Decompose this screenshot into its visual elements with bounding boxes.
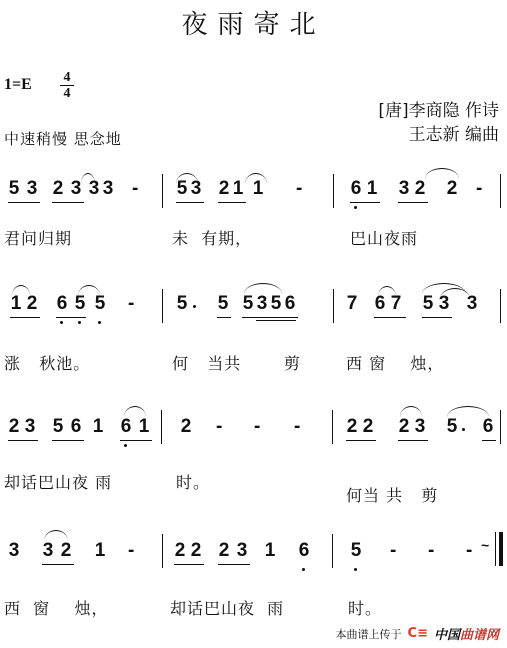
- note: 6: [350, 178, 362, 200]
- lyric: 何当 共 剪: [346, 483, 438, 506]
- note: 5: [176, 293, 188, 315]
- note: 2: [346, 416, 358, 438]
- underline: [482, 440, 496, 441]
- underline: [242, 317, 298, 318]
- note: 2: [8, 416, 20, 438]
- score-row-1: 5 3 2 3 3 3 - 5 3 2 1 1 - 6 1 3 2 2 - 君问…: [0, 168, 507, 228]
- note: 2: [446, 178, 458, 200]
- dash: -: [476, 178, 482, 200]
- score-row-4: 3 3 2 1 - 2 2 2 3 1 6 5 - - - ~ 西 窗 烛， 却…: [0, 530, 507, 590]
- underline: [350, 202, 380, 203]
- note: 6: [374, 293, 386, 315]
- key-signature: 1=E: [4, 76, 32, 94]
- lyric: 西 窗 烛，: [4, 596, 109, 619]
- note: 7: [390, 293, 402, 315]
- note: 6: [284, 293, 296, 315]
- lyric: 未 有期，: [172, 226, 252, 249]
- note: 2: [60, 540, 72, 562]
- dash: -: [466, 540, 472, 562]
- barline: [500, 289, 501, 323]
- dash: -: [296, 178, 302, 200]
- note: 3: [26, 178, 38, 200]
- lyric: 巴山夜雨: [350, 226, 418, 249]
- lyric: 时。: [176, 470, 210, 493]
- dash: -: [216, 416, 222, 438]
- dash: -: [390, 540, 396, 562]
- note: 2: [398, 416, 410, 438]
- underline: [218, 202, 246, 203]
- note: 3: [24, 416, 36, 438]
- note: 1: [264, 540, 276, 562]
- note: 2: [26, 293, 38, 315]
- underline: [374, 317, 406, 318]
- note: 3: [414, 416, 426, 438]
- note: 1: [252, 178, 264, 200]
- time-signature: 4 4: [60, 70, 74, 101]
- note: 5: [176, 178, 188, 200]
- underline: [218, 564, 250, 565]
- note: 2: [362, 416, 374, 438]
- barline: [332, 410, 333, 444]
- dash: -: [128, 540, 134, 562]
- note: 3: [70, 178, 82, 200]
- note: 6: [56, 293, 68, 315]
- underline: [42, 564, 74, 565]
- lyric: 时。: [348, 596, 382, 619]
- note: 6: [298, 540, 310, 562]
- underline: [176, 202, 204, 203]
- augmentation-dot: [193, 305, 196, 308]
- barline: [333, 174, 334, 208]
- final-barline-thin: [495, 532, 496, 566]
- note: 3: [398, 178, 410, 200]
- score-row-3: 2 3 5 6 1 6 1 2 - - - 2 2 2 3 5 6 却话巴山夜 …: [0, 406, 507, 466]
- note: 1: [94, 540, 106, 562]
- dash: -: [128, 293, 134, 315]
- dash: -: [428, 540, 434, 562]
- note: 3: [236, 540, 248, 562]
- lyric: 却话巴山夜 雨: [4, 470, 112, 493]
- barline: [162, 534, 163, 568]
- fermata-tail: ~: [481, 534, 489, 556]
- note: 1: [232, 178, 244, 200]
- note: 5: [350, 540, 362, 562]
- dash: -: [254, 416, 260, 438]
- barline: [500, 410, 501, 444]
- final-barline-thick: [499, 532, 503, 566]
- dash: -: [294, 416, 300, 438]
- lyric: 涨 秋池。: [4, 351, 90, 374]
- low-octave-dot: [354, 206, 357, 209]
- note: 3: [190, 178, 202, 200]
- note: 5: [242, 293, 254, 315]
- low-octave-dot: [124, 444, 127, 447]
- time-signature-bottom: 4: [64, 86, 71, 101]
- barline: [162, 174, 163, 208]
- underline: [256, 320, 296, 321]
- underline: [10, 317, 40, 318]
- note: 5: [74, 293, 86, 315]
- time-signature-top: 4: [60, 70, 74, 86]
- augmentation-dot: [462, 428, 465, 431]
- footer-watermark: 本曲谱上传于 C≡ 中国曲谱网: [336, 624, 499, 643]
- note: 2: [52, 178, 64, 200]
- low-octave-dot: [60, 321, 63, 324]
- low-octave-dot: [354, 568, 357, 571]
- note: 3: [438, 293, 450, 315]
- underline: [120, 440, 152, 441]
- underline: [52, 440, 84, 441]
- note: 3: [466, 293, 478, 315]
- score-row-2: 1 2 6 5 5 - 5 5 5 3 5 6 7 6 7 5 3 3 涨 秋池…: [0, 283, 507, 343]
- barline: [333, 289, 334, 323]
- barline: [332, 534, 333, 568]
- low-octave-dot: [302, 568, 305, 571]
- note: 6: [482, 416, 494, 438]
- note: 3: [256, 293, 268, 315]
- note: 2: [180, 416, 192, 438]
- note: 1: [10, 293, 22, 315]
- song-title: 夜雨寄北: [0, 4, 507, 41]
- underline: [174, 564, 204, 565]
- note: 2: [414, 178, 426, 200]
- underline: [398, 202, 428, 203]
- barline: [162, 289, 163, 323]
- composer-credit: 王志新 编曲: [409, 120, 499, 145]
- low-octave-dot: [98, 321, 101, 324]
- note: 1: [138, 416, 150, 438]
- barline: [161, 410, 162, 444]
- note: 5: [270, 293, 282, 315]
- underline: [346, 440, 376, 441]
- lyric: 何 当共 剪: [172, 351, 301, 374]
- note: 1: [366, 178, 378, 200]
- note: 5: [446, 416, 458, 438]
- underline: [217, 317, 231, 318]
- note: 2: [190, 540, 202, 562]
- note: 5: [217, 293, 229, 315]
- barline: [500, 174, 501, 208]
- lyric: 却话巴山夜 雨: [170, 596, 284, 619]
- underline: [398, 440, 428, 441]
- underline: [8, 440, 38, 441]
- note: 5: [94, 293, 106, 315]
- underline: [52, 202, 84, 203]
- note: 3: [8, 540, 20, 562]
- note: 7: [346, 293, 358, 315]
- note: 6: [70, 416, 82, 438]
- underline: [56, 317, 86, 318]
- note: 1: [92, 416, 104, 438]
- note: 3: [88, 178, 100, 200]
- note: 2: [218, 178, 230, 200]
- lyricist-credit: [唐]李商隐 作诗: [378, 96, 499, 121]
- site-name-black: 中国: [434, 624, 460, 643]
- lyric: 西 窗 烛，: [346, 351, 444, 374]
- note: 5: [422, 293, 434, 315]
- footer-prefix: 本曲谱上传于: [336, 626, 402, 642]
- lyric: 君问归期: [4, 226, 72, 249]
- site-logo-icon: C≡: [408, 626, 428, 641]
- dash: -: [132, 178, 138, 200]
- note: 3: [102, 178, 114, 200]
- underline: [8, 202, 40, 203]
- tempo-marking: 中速稍慢 思念地: [4, 128, 122, 149]
- note: 3: [42, 540, 54, 562]
- note: 2: [174, 540, 186, 562]
- note: 5: [8, 178, 20, 200]
- note: 6: [120, 416, 132, 438]
- note: 2: [218, 540, 230, 562]
- note: 5: [52, 416, 64, 438]
- low-octave-dot: [78, 321, 81, 324]
- site-name-red: 曲谱网: [460, 624, 499, 643]
- underline: [422, 317, 452, 318]
